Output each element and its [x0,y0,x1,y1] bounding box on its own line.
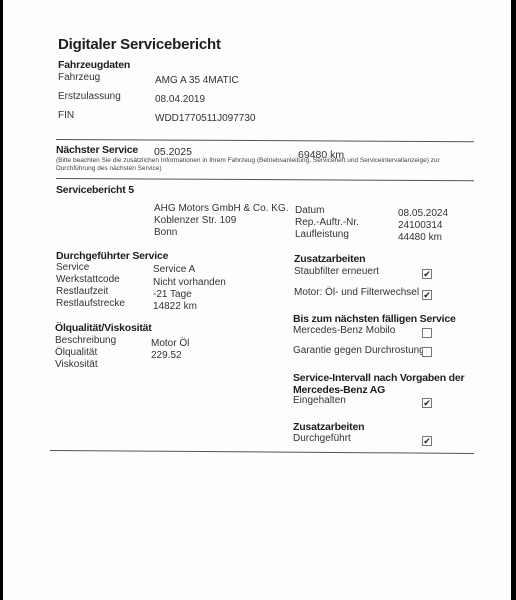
divider-top [56,139,474,142]
first-registration-value: 08.04.2019 [155,94,205,105]
adhered-label: Eingehalten [293,395,346,406]
workshop-name: AHG Motors GmbH & Co. KG. [154,203,288,214]
oil-description-label: Beschreibung [55,335,116,346]
oil-quality-value: 229.52 [151,350,182,361]
fin-label: FIN [58,110,74,121]
dust-filter-checkbox[interactable]: ✔ [422,269,432,279]
mobilo-label: Mercedes-Benz Mobilo [293,325,395,336]
workshop-code-value: Nicht vorhanden [153,277,226,288]
first-registration-label: Erstzulassung [58,91,121,102]
repair-order-value: 24100314 [398,220,443,231]
date-value: 08.05.2024 [398,208,448,219]
remaining-time-value: -21 Tage [153,289,192,300]
next-service-note-line2: Durchführung des nächsten Service) [56,165,162,173]
performed-checkbox[interactable]: ✔ [422,436,432,446]
rust-guarantee-label: Garantie gegen Durchrostung [293,345,425,356]
service-interval-heading-line1: Service-Intervall nach Vorgaben der [293,372,464,384]
next-service-note-line1: (Bitte beachten Sie die zusätzlichen Inf… [56,157,440,165]
next-service-heading: Nächster Service [56,144,138,156]
remaining-distance-value: 14822 km [153,301,197,312]
dust-filter-label: Staubfilter erneuert [294,266,379,277]
oil-filter-change-checkbox[interactable]: ✔ [422,290,432,300]
service-value: Service A [153,264,195,275]
oil-quality-label: Ölqualität [55,347,97,358]
additional-work-heading: Zusatzarbeiten [294,253,365,265]
vehicle-value: AMG A 35 4MATIC [155,75,239,86]
mileage-value: 44480 km [398,232,442,243]
remaining-time-label: Restlaufzeit [56,286,108,297]
viscosity-label: Viskosität [55,359,98,370]
workshop-street: Koblenzer Str. 109 [154,215,236,226]
until-next-service-heading: Bis zum nächsten fälligen Service [293,313,456,325]
oil-description-value: Motor Öl [151,338,189,349]
divider-middle [56,178,474,181]
oil-filter-change-label: Motor: Öl- und Filterwechsel [294,287,419,298]
date-label: Datum [295,205,324,216]
divider-bottom [50,450,474,454]
page-title: Digitaler Servicebericht [58,36,221,53]
service-label: Service [56,262,89,273]
performed-label: Durchgeführt [293,433,351,444]
repair-order-label: Rep.-Auftr.-Nr. [295,217,359,228]
vehicle-data-heading: Fahrzeugdaten [58,59,130,71]
oil-heading: Ölqualität/Viskosität [55,322,152,334]
mobilo-checkbox[interactable] [422,328,432,338]
adhered-checkbox[interactable]: ✔ [422,398,432,408]
workshop-code-label: Werkstattcode [56,274,120,285]
rust-guarantee-checkbox[interactable] [422,347,432,357]
vehicle-label: Fahrzeug [58,72,100,83]
mileage-label: Laufleistung [295,229,349,240]
fin-value: WDD1770511J097730 [155,113,255,124]
service-report-heading: Servicebericht 5 [56,184,134,196]
document-page: Digitaler Servicebericht Fahrzeugdaten F… [3,0,511,600]
additional-work-2-heading: Zusatzarbeiten [293,421,364,433]
workshop-city: Bonn [154,227,177,238]
remaining-distance-label: Restlaufstrecke [56,298,125,309]
performed-service-heading: Durchgeführter Service [56,250,168,262]
